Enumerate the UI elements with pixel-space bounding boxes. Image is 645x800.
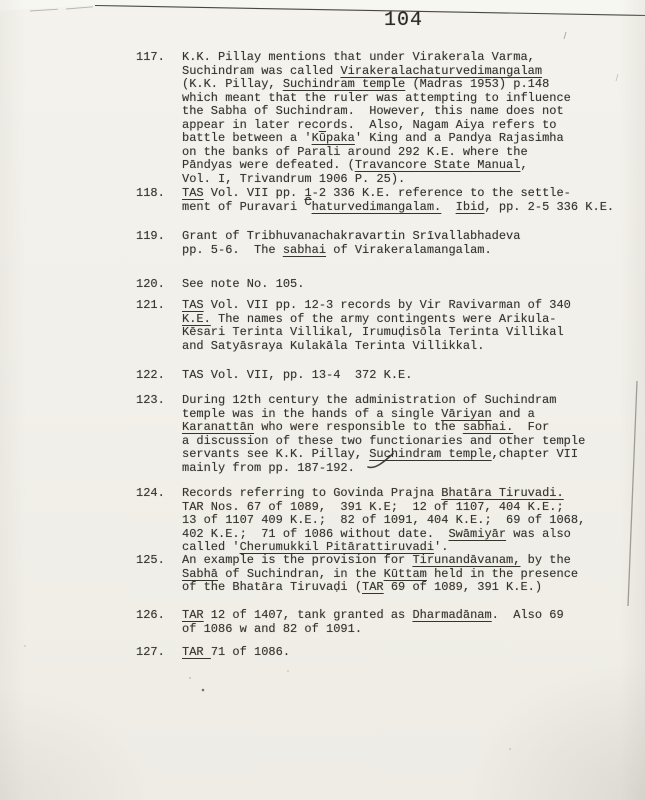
footnote-127: 127. TAR 71 of 1086. bbox=[136, 646, 290, 660]
footnote-124: 124. Records referring to Govinda Prajna… bbox=[136, 487, 585, 555]
footnote-number: 121. bbox=[136, 299, 182, 353]
text-line: appear in later records. Also, Nagam Aiy… bbox=[182, 119, 571, 133]
footnote-number: 127. bbox=[136, 646, 182, 660]
text-line: TAS Vol. VII, pp. 13-4 372 K.E. bbox=[182, 369, 412, 383]
text-line: and Satyāsraya Kulakāla Terinta Villikka… bbox=[182, 340, 571, 354]
scan-speck-mark bbox=[564, 32, 566, 39]
footnote-122: 122. TAS Vol. VII, pp. 13-4 372 K.E. bbox=[136, 369, 412, 383]
text-line: Karanattān who were responsible to the s… bbox=[182, 421, 585, 435]
text-line: of 1086 w and 82 of 1091. bbox=[182, 623, 564, 637]
scan-speck bbox=[287, 670, 289, 672]
footnote-117: 117. K.K. Pillay mentions that under Vir… bbox=[136, 51, 571, 186]
footnote-text: TAR 12 of 1407, tank granted as Dharmadā… bbox=[182, 609, 564, 636]
text-line: TAR 12 of 1407, tank granted as Dharmadā… bbox=[182, 609, 564, 623]
text-line: of the Bhatāra Tiruvaḍi (TAR 69 of 1089,… bbox=[182, 581, 578, 595]
text-line: 402 K.E.; 71 of 1086 without date. Swāmi… bbox=[182, 528, 585, 542]
text-line: TAS Vol. VII pp. 12-3 records by Vir Rav… bbox=[182, 299, 571, 313]
text-line: 13 of 1107 409 K.E.; 82 of 1091, 404 K.E… bbox=[182, 514, 585, 528]
scan-fold-line-right bbox=[628, 381, 637, 606]
scanned-page: 104 117. K.K. Pillay mentions that under… bbox=[0, 0, 645, 800]
scan-speck bbox=[202, 689, 205, 692]
page-number: 104 bbox=[384, 9, 423, 32]
footnote-126: 126. TAR 12 of 1407, tank granted as Dha… bbox=[136, 609, 564, 636]
footnote-number: 124. bbox=[136, 487, 182, 555]
page-edge-highlight bbox=[0, 0, 645, 14]
footnote-text: Records referring to Govinda Prajna Bhat… bbox=[182, 487, 585, 555]
footnote-number: 125. bbox=[136, 554, 182, 595]
footnote-text: TAS Vol. VII pp. 1-2 336 K.E. reference … bbox=[182, 187, 614, 214]
text-line: temple was in the hands of a single Vāri… bbox=[182, 408, 585, 422]
footnote-123: 123. During 12th century the administrat… bbox=[136, 394, 585, 475]
footnote-number: 117. bbox=[136, 51, 182, 186]
footnote-text: K.K. Pillay mentions that under Virakera… bbox=[182, 51, 571, 186]
text-line: the Sabha of Suchindram. However, this n… bbox=[182, 105, 571, 119]
text-line: During 12th century the administration o… bbox=[182, 394, 585, 408]
text-line: which meant that the ruler was attemptin… bbox=[182, 92, 571, 106]
text-line: TAR 71 of 1086. bbox=[182, 646, 290, 660]
text-line: Pāndyas were defeated. (Travancore State… bbox=[182, 159, 571, 173]
text-line: mainly from pp. 187-192. bbox=[182, 462, 585, 476]
footnote-text: Grant of Tribhuvanachakravartin Srīvalla… bbox=[182, 230, 520, 257]
footnote-text: TAR 71 of 1086. bbox=[182, 646, 290, 660]
footnote-125: 125. An example is the provision for Tir… bbox=[136, 554, 578, 595]
footnote-number: 123. bbox=[136, 394, 182, 475]
text-line: An example is the provision for Tirunand… bbox=[182, 554, 578, 568]
text-line: a discussion of these two functionaries … bbox=[182, 435, 585, 449]
text-line: Vol. I, Trivandrum 1906 P. 25). bbox=[182, 173, 571, 187]
footnote-text: An example is the provision for Tirunand… bbox=[182, 554, 578, 595]
footnote-number: 120. bbox=[136, 278, 182, 292]
footnote-118: 118. TAS Vol. VII pp. 1-2 336 K.E. refer… bbox=[136, 187, 614, 214]
text-line: TAR Nos. 67 of 1089, 391 K.E; 12 of 1107… bbox=[182, 501, 585, 515]
scan-speck bbox=[24, 645, 26, 647]
footnote-120: 120. See note No. 105. bbox=[136, 278, 304, 292]
text-line: Grant of Tribhuvanachakravartin Srīvalla… bbox=[182, 230, 520, 244]
text-line: battle between a 'Kūpaka' King and a Pan… bbox=[182, 132, 571, 146]
scan-speck bbox=[509, 748, 511, 750]
text-line: ment of Puravari Chaturvedimangalam. Ibi… bbox=[182, 201, 614, 215]
text-line: Suchindram was called Virakeralachaturve… bbox=[182, 65, 571, 79]
footnote-number: 126. bbox=[136, 609, 182, 636]
scan-speck-mark bbox=[616, 74, 618, 81]
text-line: pp. 5-6. The sabhai of Virakeralamangala… bbox=[182, 244, 520, 258]
text-line: K.E. The names of the army contingents w… bbox=[182, 313, 571, 327]
text-line: Sabhā of Suchindran, in the Kūttam held … bbox=[182, 568, 578, 582]
scan-speck bbox=[189, 677, 191, 679]
text-line: servants see K.K. Pillay, Suchindram tem… bbox=[182, 448, 585, 462]
footnote-number: 119. bbox=[136, 230, 182, 257]
footnote-text: TAS Vol. VII pp. 12-3 records by Vir Rav… bbox=[182, 299, 571, 353]
footnote-number: 118. bbox=[136, 187, 182, 214]
text-line: (K.K. Pillay, Suchindram temple (Madras … bbox=[182, 78, 571, 92]
footnote-number: 122. bbox=[136, 369, 182, 383]
text-line: on the banks of Parali around 292 K.E. w… bbox=[182, 146, 571, 160]
text-line: Records referring to Govinda Prajna Bhat… bbox=[182, 487, 585, 501]
footnote-121: 121. TAS Vol. VII pp. 12-3 records by Vi… bbox=[136, 299, 571, 353]
text-line: See note No. 105. bbox=[182, 278, 304, 292]
footnote-text: See note No. 105. bbox=[182, 278, 304, 292]
text-line: TAS Vol. VII pp. 1-2 336 K.E. reference … bbox=[182, 187, 614, 201]
text-line: Kēsari Terinta Villikal, Irumuḍisōla Ter… bbox=[182, 326, 571, 340]
footnote-119: 119. Grant of Tribhuvanachakravartin Srī… bbox=[136, 230, 520, 257]
footnote-text: During 12th century the administration o… bbox=[182, 394, 585, 475]
text-line: K.K. Pillay mentions that under Virakera… bbox=[182, 51, 571, 65]
footnote-text: TAS Vol. VII, pp. 13-4 372 K.E. bbox=[182, 369, 412, 383]
